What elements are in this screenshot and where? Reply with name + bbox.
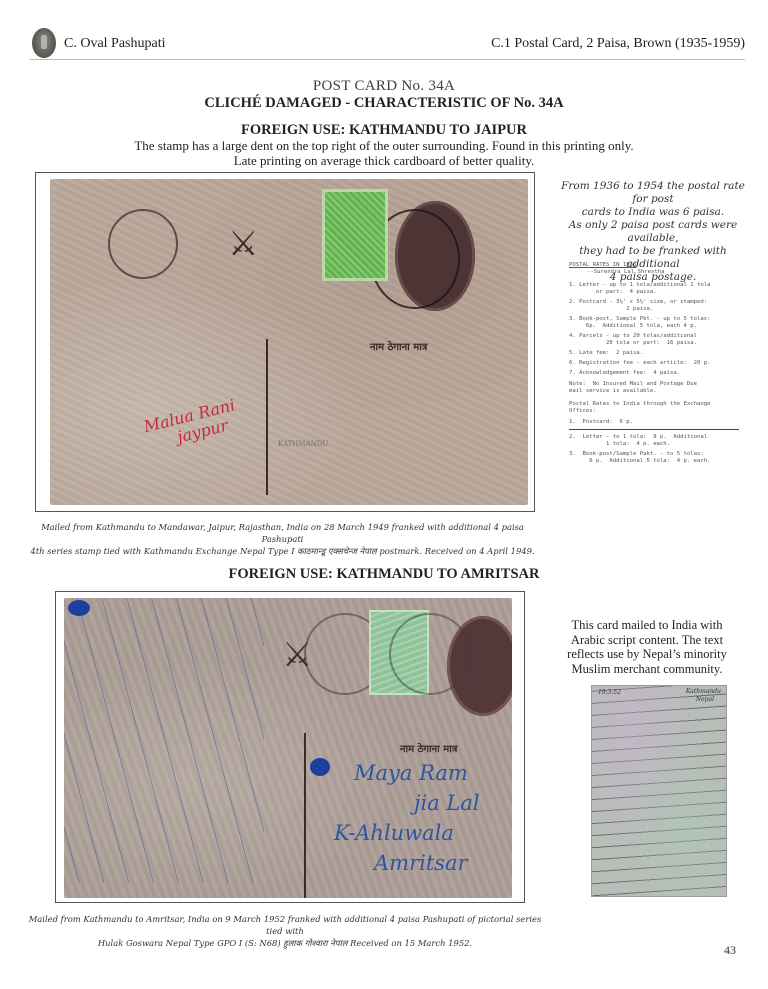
postcard-image-amritsar: ⚔ नाम ठेगाना मात्र Maya Ram jia Lal K-Ah… [55, 591, 525, 903]
address-line: jia Lal [334, 788, 480, 818]
letter-date: 19.3.52 [598, 689, 621, 696]
handwritten-address: Maya Ram jia Lal K-Ahluwala Amritsar [334, 758, 480, 878]
crossed-khukuri-emblem-icon: ⚔ [228, 227, 258, 261]
postcard-image-jaipur: ⚔ नाम ठेगाना मात्र KATHMANDU Malua Rani … [35, 172, 535, 512]
note-line: As only 2 paisa post cards were availabl… [553, 219, 753, 245]
address-line: Amritsar [334, 848, 480, 878]
devanagari-address: KATHMANDU [278, 339, 328, 455]
section2-title: FOREIGN USE: KATHMANDU TO AMRITSAR [0, 566, 768, 583]
arabic-script-note: This card mailed to India with Arabic sc… [557, 618, 737, 676]
section1-title: FOREIGN USE: KATHMANDU TO JAIPUR [0, 122, 768, 139]
rates-divider [569, 429, 739, 430]
postcard-front: ⚔ नाम ठेगाना मात्र KATHMANDU Malua Rani … [50, 179, 528, 505]
address-line: Maya Ram [334, 758, 480, 788]
postal-rates-clipping: POSTAL RATES IN 1936 --Surendra Lal Shre… [569, 262, 739, 468]
card2-caption: Mailed from Kathmandu to Amritsar, India… [20, 913, 550, 949]
letter-place: Kathmandu [686, 688, 721, 695]
rate-item: 3. Book-post, Sample Pkt. - up to 5 tola… [569, 316, 739, 330]
rate-item: 2. Postcard - 3½' x 5½' size, or stamped… [569, 299, 739, 313]
postcard-number-heading: POST CARD No. 34A [0, 78, 768, 95]
india-rate-item: 3. Book-post/Sample Pakt. - to 5 tolas: … [569, 451, 739, 465]
ink-blot [68, 600, 90, 616]
cliche-heading: CLICHÉ DAMAGED - CHARACTERISTIC OF No. 3… [0, 95, 768, 112]
section1-description: The stamp has a large dent on the top ri… [0, 138, 768, 168]
ink-blot [310, 758, 330, 776]
rate-item: 4. Parcels - up to 20 tolas/additional 2… [569, 333, 739, 347]
section-name: C. Oval Pashupati [64, 36, 166, 52]
caption-line: Hulak Goswara Nepal Type GPO I (S: N68) … [20, 937, 550, 949]
page-header: C. Oval Pashupati C.1 Postal Card, 2 Pai… [30, 28, 745, 60]
note-line: Arabic script content. The text [557, 633, 737, 648]
address-line: K-Ahluwala [334, 818, 480, 848]
caption-line: Mailed from Kathmandu to Amritsar, India… [20, 913, 550, 937]
india-rate-item: 1. Postcard: 6 p. [569, 419, 739, 426]
address-label: नाम ठेगाना मात्र [370, 339, 427, 353]
rates-title: POSTAL RATES IN 1936 [569, 262, 739, 269]
letter-country: Nepal [696, 696, 714, 703]
caption-line: Mailed from Kathmandu to Mandawar, Jaipu… [30, 521, 535, 545]
india-rates-heading: Postal Rates to India through the Exchan… [569, 401, 739, 415]
postmark-circle [389, 613, 471, 695]
kathmandu-mark: KATHMANDU [278, 433, 328, 455]
note-line: Muslim merchant community. [557, 662, 737, 677]
adhesive-stamp-green [322, 189, 388, 281]
card-divider-line [266, 339, 268, 495]
postmark-circle [108, 209, 178, 279]
rate-item: 1. Letter - up to 1 tola/additional 1 to… [569, 282, 739, 296]
card1-caption: Mailed from Kathmandu to Mandawar, Jaipu… [30, 521, 535, 557]
address-label: नाम ठेगाना मात्र [400, 741, 457, 755]
note-line: From 1936 to 1954 the postal rate for po… [553, 180, 753, 206]
page-number: 43 [724, 943, 736, 958]
rate-item: 6. Registration fee - each article: 20 p… [569, 360, 739, 367]
note-line: cards to India was 6 paisa. [553, 206, 753, 219]
letter-reverse-image: 19.3.52 Kathmandu Nepal [591, 685, 727, 897]
rate-item: 5. Late fee: 2 paisa. [569, 350, 739, 357]
note-line: reflects use by Nepal’s minority [557, 647, 737, 662]
rates-note: Note: No Insured Mail and Postage Due ma… [569, 381, 739, 395]
description-line: Late printing on average thick cardboard… [0, 153, 768, 168]
caption-line: 4th series stamp tied with Kathmandu Exc… [30, 545, 535, 557]
red-handwritten-note: Malua Rani jaypur [142, 396, 241, 454]
arabic-script-message [64, 598, 264, 883]
rates-author: --Surendra Lal Shrestha [569, 269, 739, 276]
description-line: The stamp has a large dent on the top ri… [0, 138, 768, 153]
india-rate-item: 2. Letter - to 1 tola: 8 p. Additional 1… [569, 434, 739, 448]
pashupati-seal-icon [32, 28, 56, 58]
rate-item: 7. Acknowledgement fee: 4 paisa. [569, 370, 739, 377]
note-line: This card mailed to India with [557, 618, 737, 633]
card-divider-line [304, 733, 306, 898]
postcard-front: ⚔ नाम ठेगाना मात्र Maya Ram jia Lal K-Ah… [64, 598, 512, 898]
page-header-title: C.1 Postal Card, 2 Paisa, Brown (1935-19… [491, 36, 745, 52]
